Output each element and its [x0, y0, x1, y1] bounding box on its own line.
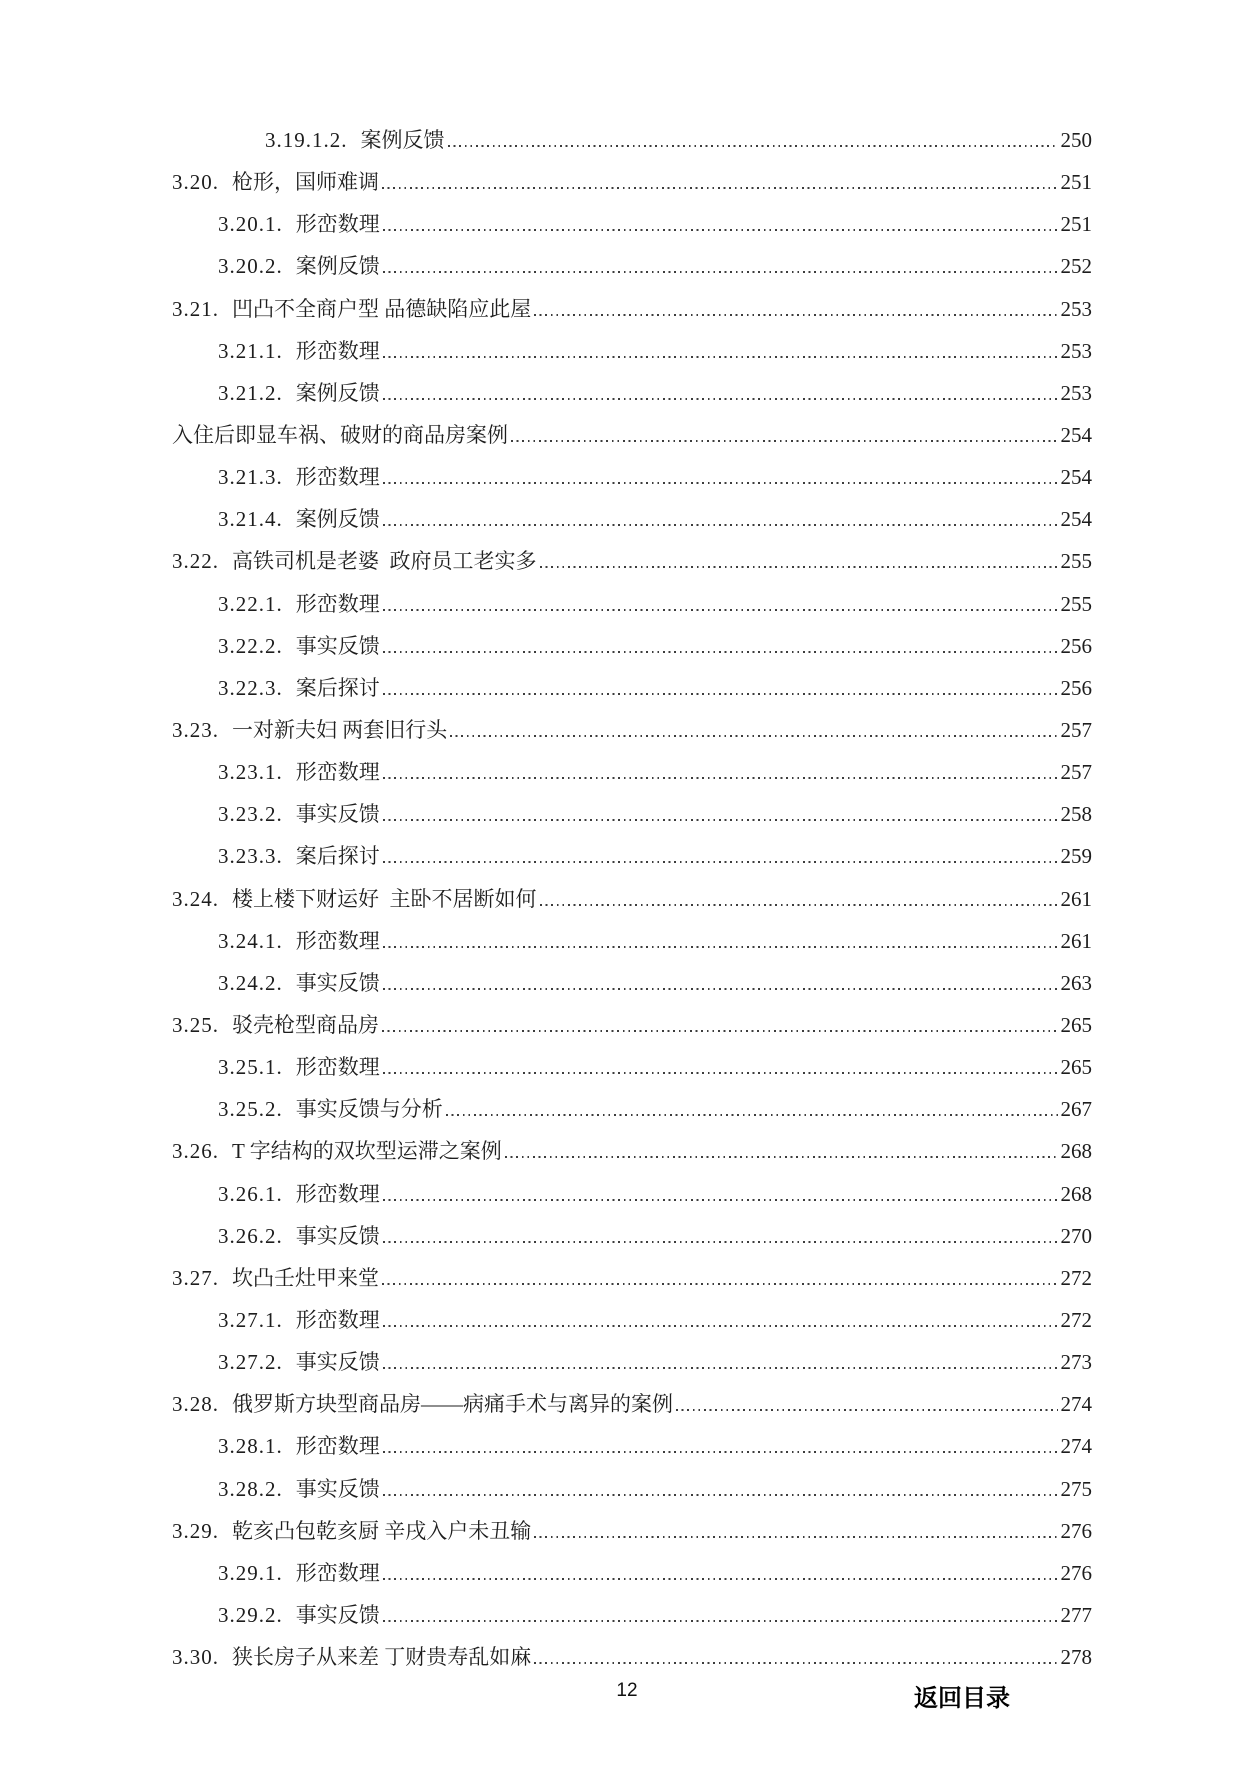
toc-entry-title: 形峦数理: [296, 465, 380, 489]
toc-entry-number: 3.29.1.: [218, 1561, 283, 1585]
toc-entry-number: 3.22.3.: [218, 676, 283, 700]
dot-leader-icon: [540, 566, 1058, 568]
dot-leader-icon: [534, 1536, 1057, 1538]
toc-entry-label: 3.27.1.形峦数理: [218, 1299, 380, 1341]
toc-entry-number: 3.21.3.: [218, 465, 283, 489]
toc-entry[interactable]: 3.21.2.案例反馈 253: [0, 372, 1254, 414]
toc-entry-page: 252: [1061, 245, 1093, 287]
toc-entry-title: 形峦数理: [296, 592, 380, 616]
toc-entry-title: 案例反馈: [296, 381, 380, 405]
toc-entry-page: 257: [1061, 709, 1093, 751]
toc-entry-page: 265: [1061, 1046, 1093, 1088]
toc-entry-title: 事实反馈: [296, 634, 380, 658]
toc-entry-title: 乾亥凸包乾亥厨 辛戌入户未丑输: [232, 1519, 531, 1543]
toc-entry-title: 一对新夫妇 两套旧行头: [232, 718, 447, 742]
toc-entry-page: 263: [1061, 962, 1093, 1004]
toc-entry-page: 270: [1061, 1215, 1093, 1257]
toc-entry-title: 形峦数理: [296, 212, 380, 236]
toc-entry-page: 267: [1061, 1088, 1093, 1130]
toc-entry-page: 256: [1061, 625, 1093, 667]
toc-entry[interactable]: 3.21.4.案例反馈 254: [0, 498, 1254, 540]
toc-entry-page: 253: [1061, 288, 1093, 330]
toc-entry[interactable]: 3.23.3.案后探讨 259: [0, 835, 1254, 877]
toc-entry-number: 3.23.1.: [218, 760, 283, 784]
toc-entry[interactable]: 3.20.1.形峦数理 251: [0, 203, 1254, 245]
toc-entry-number: 3.29.: [172, 1519, 219, 1543]
toc-entry-number: 3.28.1.: [218, 1434, 283, 1458]
toc-entry-number: 3.21.2.: [218, 381, 283, 405]
toc-entry-number: 3.28.2.: [218, 1477, 283, 1501]
dot-leader-icon: [534, 314, 1057, 316]
toc-entry-label: 3.23.一对新夫妇 两套旧行头: [172, 709, 447, 751]
toc-list: 3.19.1.2.案例反馈 250 3.20.枪形，国师难调 251 3.20.…: [0, 119, 1254, 1678]
toc-entry-title: 事实反馈: [296, 1603, 380, 1627]
dot-leader-icon: [383, 1451, 1058, 1453]
dot-leader-icon: [383, 1199, 1058, 1201]
toc-entry-page: 253: [1061, 372, 1093, 414]
toc-entry-title: 事实反馈: [296, 1224, 380, 1248]
toc-entry-title: 狭长房子从来差 丁财贵寿乱如麻: [232, 1645, 531, 1669]
toc-entry-title: 形峦数理: [296, 1055, 380, 1079]
dot-leader-icon: [383, 777, 1058, 779]
toc-entry-page: 255: [1061, 540, 1093, 582]
toc-entry-label: 3.25.1.形峦数理: [218, 1046, 380, 1088]
toc-entry-page: 273: [1061, 1341, 1093, 1383]
toc-entry-page: 275: [1061, 1468, 1093, 1510]
toc-entry-label: 3.29.乾亥凸包乾亥厨 辛戌入户未丑输: [172, 1510, 531, 1552]
toc-entry-label: 3.26.1.形峦数理: [218, 1173, 380, 1215]
toc-entry[interactable]: 3.27.2.事实反馈 273: [0, 1341, 1254, 1383]
toc-entry-number: 3.26.2.: [218, 1224, 283, 1248]
toc-entry-number: 3.19.1.2.: [265, 128, 348, 152]
toc-entry-title: T 字结构的双坎型运滞之案例: [232, 1139, 502, 1163]
toc-entry[interactable]: 3.28.俄罗斯方块型商品房——病痛手术与离异的案例 274: [0, 1383, 1254, 1425]
toc-entry-number: 3.27.2.: [218, 1350, 283, 1374]
toc-entry-number: 3.24.1.: [218, 929, 283, 953]
toc-entry-title: 事实反馈: [296, 1350, 380, 1374]
toc-entry-number: 3.30.: [172, 1645, 219, 1669]
toc-entry-label: 3.29.2.事实反馈: [218, 1594, 380, 1636]
toc-entry-title: 入住后即显车祸、破财的商品房案例: [172, 423, 508, 447]
toc-entry-label: 3.27.坎凸壬灶甲来堂: [172, 1257, 379, 1299]
toc-entry-label: 3.20.1.形峦数理: [218, 203, 380, 245]
dot-leader-icon: [383, 651, 1058, 653]
toc-entry-label: 3.25.2.事实反馈与分析: [218, 1088, 443, 1130]
dot-leader-icon: [534, 1662, 1057, 1664]
toc-entry[interactable]: 3.27.坎凸壬灶甲来堂 272: [0, 1257, 1254, 1299]
toc-entry-page: 251: [1061, 203, 1093, 245]
toc-entry-number: 3.26.1.: [218, 1182, 283, 1206]
toc-entry-title: 凹凸不全商户型 品德缺陷应此屋: [232, 297, 531, 321]
dot-leader-icon: [450, 735, 1057, 737]
back-to-toc-link[interactable]: 返回目录: [914, 1678, 1010, 1713]
dot-leader-icon: [383, 398, 1058, 400]
toc-entry[interactable]: 3.29.2.事实反馈 277: [0, 1594, 1254, 1636]
toc-entry-page: 259: [1061, 835, 1093, 877]
toc-entry-page: 274: [1061, 1383, 1093, 1425]
toc-entry[interactable]: 3.25.1.形峦数理 265: [0, 1046, 1254, 1088]
toc-entry-title: 事实反馈: [296, 1477, 380, 1501]
toc-entry-label: 3.23.3.案后探讨: [218, 835, 380, 877]
toc-entry-label: 3.22.1.形峦数理: [218, 583, 380, 625]
toc-entry-label: 3.21.凹凸不全商户型 品德缺陷应此屋: [172, 288, 531, 330]
toc-entry-page: 265: [1061, 1004, 1093, 1046]
toc-entry-label: 3.22.3.案后探讨: [218, 667, 380, 709]
toc-entry-title: 案后探讨: [296, 844, 380, 868]
toc-entry-title: 形峦数理: [296, 929, 380, 953]
toc-entry[interactable]: 3.22.2.事实反馈 256: [0, 625, 1254, 667]
toc-entry-label: 3.27.2.事实反馈: [218, 1341, 380, 1383]
toc-entry[interactable]: 3.23.2.事实反馈 258: [0, 793, 1254, 835]
toc-entry-label: 3.20.2.案例反馈: [218, 245, 380, 287]
toc-entry-title: 形峦数理: [296, 1182, 380, 1206]
toc-entry-page: 257: [1061, 751, 1093, 793]
toc-entry[interactable]: 3.24.楼上楼下财运好 主卧不居断如何 261: [0, 878, 1254, 920]
toc-entry-number: 3.21.1.: [218, 339, 283, 363]
dot-leader-icon: [383, 693, 1058, 695]
toc-entry-label: 3.21.1.形峦数理: [218, 330, 380, 372]
toc-entry-title: 形峦数理: [296, 1308, 380, 1332]
dot-leader-icon: [383, 1072, 1058, 1074]
toc-entry-label: 3.29.1.形峦数理: [218, 1552, 380, 1594]
toc-entry-number: 3.21.4.: [218, 507, 283, 531]
toc-entry-page: 268: [1061, 1130, 1093, 1172]
toc-entry[interactable]: 入住后即显车祸、破财的商品房案例 254: [0, 414, 1254, 456]
toc-entry-page: 250: [1061, 119, 1093, 161]
dot-leader-icon: [383, 1367, 1058, 1369]
toc-entry-page: 276: [1061, 1552, 1093, 1594]
toc-entry-number: 3.27.1.: [218, 1308, 283, 1332]
toc-page: { "toc": { "entries": [ {"number": "3.19…: [0, 0, 1254, 1786]
toc-entry-title: 形峦数理: [296, 760, 380, 784]
toc-entry-title: 驳壳枪型商品房: [232, 1013, 379, 1037]
dot-leader-icon: [382, 1283, 1058, 1285]
toc-entry-title: 坎凸壬灶甲来堂: [232, 1266, 379, 1290]
toc-entry-number: 3.22.1.: [218, 592, 283, 616]
dot-leader-icon: [382, 1030, 1058, 1032]
dot-leader-icon: [383, 819, 1058, 821]
dot-leader-icon: [676, 1409, 1058, 1411]
toc-entry-number: 3.27.: [172, 1266, 219, 1290]
toc-entry[interactable]: 3.25.驳壳枪型商品房 265: [0, 1004, 1254, 1046]
toc-entry-label: 3.21.2.案例反馈: [218, 372, 380, 414]
toc-entry-number: 3.26.: [172, 1139, 219, 1163]
toc-entry-page: 277: [1061, 1594, 1093, 1636]
toc-entry[interactable]: 3.21.1.形峦数理 253: [0, 330, 1254, 372]
toc-entry-page: 258: [1061, 793, 1093, 835]
dot-leader-icon: [383, 1620, 1058, 1622]
toc-entry[interactable]: 3.21.3.形峦数理 254: [0, 456, 1254, 498]
toc-entry-page: 254: [1061, 456, 1093, 498]
toc-entry-title: 枪形，国师难调: [232, 170, 379, 194]
dot-leader-icon: [383, 988, 1058, 990]
toc-entry-label: 3.19.1.2.案例反馈: [265, 119, 445, 161]
toc-entry-title: 高铁司机是老婆 政府员工老实多: [232, 549, 537, 573]
toc-entry-number: 3.25.: [172, 1013, 219, 1037]
toc-entry-label: 3.24.2.事实反馈: [218, 962, 380, 1004]
dot-leader-icon: [383, 524, 1058, 526]
toc-entry[interactable]: 3.29.乾亥凸包乾亥厨 辛戌入户未丑输 276: [0, 1510, 1254, 1552]
toc-entry-number: 3.23.3.: [218, 844, 283, 868]
toc-entry-label: 3.22.高铁司机是老婆 政府员工老实多: [172, 540, 537, 582]
toc-entry-number: 3.25.2.: [218, 1097, 283, 1121]
toc-entry-page: 255: [1061, 583, 1093, 625]
toc-entry-page: 278: [1061, 1636, 1093, 1678]
dot-leader-icon: [383, 946, 1058, 948]
dot-leader-icon: [383, 271, 1058, 273]
toc-entry-label: 3.23.1.形峦数理: [218, 751, 380, 793]
toc-entry-title: 事实反馈: [296, 802, 380, 826]
dot-leader-icon: [383, 1578, 1058, 1580]
toc-entry-number: 3.23.2.: [218, 802, 283, 826]
toc-entry-label: 3.21.4.案例反馈: [218, 498, 380, 540]
toc-entry-label: 3.22.2.事实反馈: [218, 625, 380, 667]
toc-entry[interactable]: 3.22.1.形峦数理 255: [0, 583, 1254, 625]
toc-entry[interactable]: 3.20.枪形，国师难调 251: [0, 161, 1254, 203]
toc-entry-number: 3.20.1.: [218, 212, 283, 236]
toc-entry-page: 256: [1061, 667, 1093, 709]
toc-entry[interactable]: 3.26.T 字结构的双坎型运滞之案例 268: [0, 1130, 1254, 1172]
toc-entry-label: 3.25.驳壳枪型商品房: [172, 1004, 379, 1046]
toc-entry-page: 253: [1061, 330, 1093, 372]
toc-entry-title: 案例反馈: [296, 254, 380, 278]
dot-leader-icon: [505, 1156, 1058, 1158]
dot-leader-icon: [383, 609, 1058, 611]
toc-entry-page: 254: [1061, 414, 1093, 456]
toc-entry[interactable]: 3.25.2.事实反馈与分析 267: [0, 1088, 1254, 1130]
toc-entry[interactable]: 3.30.狭长房子从来差 丁财贵寿乱如麻 278: [0, 1636, 1254, 1678]
toc-entry-number: 3.25.1.: [218, 1055, 283, 1079]
toc-entry-number: 3.29.2.: [218, 1603, 283, 1627]
toc-entry-number: 3.24.: [172, 887, 219, 911]
toc-entry-label: 3.20.枪形，国师难调: [172, 161, 379, 203]
toc-entry[interactable]: 3.24.1.形峦数理 261: [0, 920, 1254, 962]
toc-entry-number: 3.22.2.: [218, 634, 283, 658]
toc-entry[interactable]: 3.22.高铁司机是老婆 政府员工老实多 255: [0, 540, 1254, 582]
toc-entry[interactable]: 3.23.一对新夫妇 两套旧行头 257: [0, 709, 1254, 751]
toc-entry-number: 3.21.: [172, 297, 219, 321]
toc-entry[interactable]: 3.29.1.形峦数理 276: [0, 1552, 1254, 1594]
toc-entry-page: 274: [1061, 1425, 1093, 1467]
toc-entry[interactable]: 3.27.1.形峦数理 272: [0, 1299, 1254, 1341]
toc-entry-label: 3.28.2.事实反馈: [218, 1468, 380, 1510]
toc-entry-title: 事实反馈: [296, 971, 380, 995]
dot-leader-icon: [383, 861, 1058, 863]
toc-entry-label: 3.26.2.事实反馈: [218, 1215, 380, 1257]
toc-entry-page: 251: [1061, 161, 1093, 203]
toc-entry-label: 3.28.1.形峦数理: [218, 1425, 380, 1467]
toc-entry-page: 261: [1061, 920, 1093, 962]
dot-leader-icon: [448, 145, 1058, 147]
toc-entry-label: 3.23.2.事实反馈: [218, 793, 380, 835]
page-number: 12: [0, 1680, 1254, 1702]
toc-entry[interactable]: 3.26.2.事实反馈 270: [0, 1215, 1254, 1257]
toc-entry[interactable]: 3.22.3.案后探讨 256: [0, 667, 1254, 709]
toc-entry-label: 3.24.楼上楼下财运好 主卧不居断如何: [172, 878, 537, 920]
dot-leader-icon: [540, 904, 1058, 906]
toc-entry-page: 272: [1061, 1257, 1093, 1299]
toc-entry-label: 3.30.狭长房子从来差 丁财贵寿乱如麻: [172, 1636, 531, 1678]
toc-entry-title: 楼上楼下财运好 主卧不居断如何: [232, 887, 537, 911]
toc-entry-page: 276: [1061, 1510, 1093, 1552]
toc-entry-title: 案后探讨: [296, 676, 380, 700]
toc-entry-title: 案例反馈: [361, 128, 445, 152]
toc-entry[interactable]: 3.26.1.形峦数理 268: [0, 1173, 1254, 1215]
toc-entry-number: 3.28.: [172, 1392, 219, 1416]
toc-entry-title: 形峦数理: [296, 1561, 380, 1585]
toc-entry[interactable]: 3.23.1.形峦数理 257: [0, 751, 1254, 793]
toc-entry-title: 俄罗斯方块型商品房——病痛手术与离异的案例: [232, 1392, 673, 1416]
toc-entry-title: 事实反馈与分析: [296, 1097, 443, 1121]
toc-entry-page: 272: [1061, 1299, 1093, 1341]
toc-entry-title: 形峦数理: [296, 1434, 380, 1458]
dot-leader-icon: [383, 229, 1058, 231]
toc-entry-page: 254: [1061, 498, 1093, 540]
toc-entry-label: 3.28.俄罗斯方块型商品房——病痛手术与离异的案例: [172, 1383, 673, 1425]
dot-leader-icon: [382, 187, 1058, 189]
dot-leader-icon: [383, 1241, 1058, 1243]
toc-entry-label: 3.24.1.形峦数理: [218, 920, 380, 962]
dot-leader-icon: [446, 1114, 1058, 1116]
toc-entry-number: 3.23.: [172, 718, 219, 742]
toc-entry[interactable]: 3.28.2.事实反馈 275: [0, 1468, 1254, 1510]
toc-entry-title: 形峦数理: [296, 339, 380, 363]
toc-entry[interactable]: 3.24.2.事实反馈 263: [0, 962, 1254, 1004]
toc-entry-number: 3.22.: [172, 549, 219, 573]
toc-entry[interactable]: 3.21.凹凸不全商户型 品德缺陷应此屋 253: [0, 288, 1254, 330]
toc-entry-title: 案例反馈: [296, 507, 380, 531]
toc-entry[interactable]: 3.20.2.案例反馈 252: [0, 245, 1254, 287]
toc-entry-page: 261: [1061, 878, 1093, 920]
toc-entry-label: 3.26.T 字结构的双坎型运滞之案例: [172, 1130, 502, 1172]
toc-entry[interactable]: 3.28.1.形峦数理 274: [0, 1425, 1254, 1467]
toc-entry-label: 入住后即显车祸、破财的商品房案例: [172, 414, 508, 456]
dot-leader-icon: [383, 356, 1058, 358]
dot-leader-icon: [383, 482, 1058, 484]
toc-entry-number: 3.24.2.: [218, 971, 283, 995]
toc-entry-number: 3.20.2.: [218, 254, 283, 278]
dot-leader-icon: [383, 1494, 1058, 1496]
toc-entry[interactable]: 3.19.1.2.案例反馈 250: [0, 119, 1254, 161]
toc-entry-page: 268: [1061, 1173, 1093, 1215]
toc-entry-label: 3.21.3.形峦数理: [218, 456, 380, 498]
dot-leader-icon: [383, 1325, 1058, 1327]
toc-entry-number: 3.20.: [172, 170, 219, 194]
dot-leader-icon: [511, 440, 1058, 442]
